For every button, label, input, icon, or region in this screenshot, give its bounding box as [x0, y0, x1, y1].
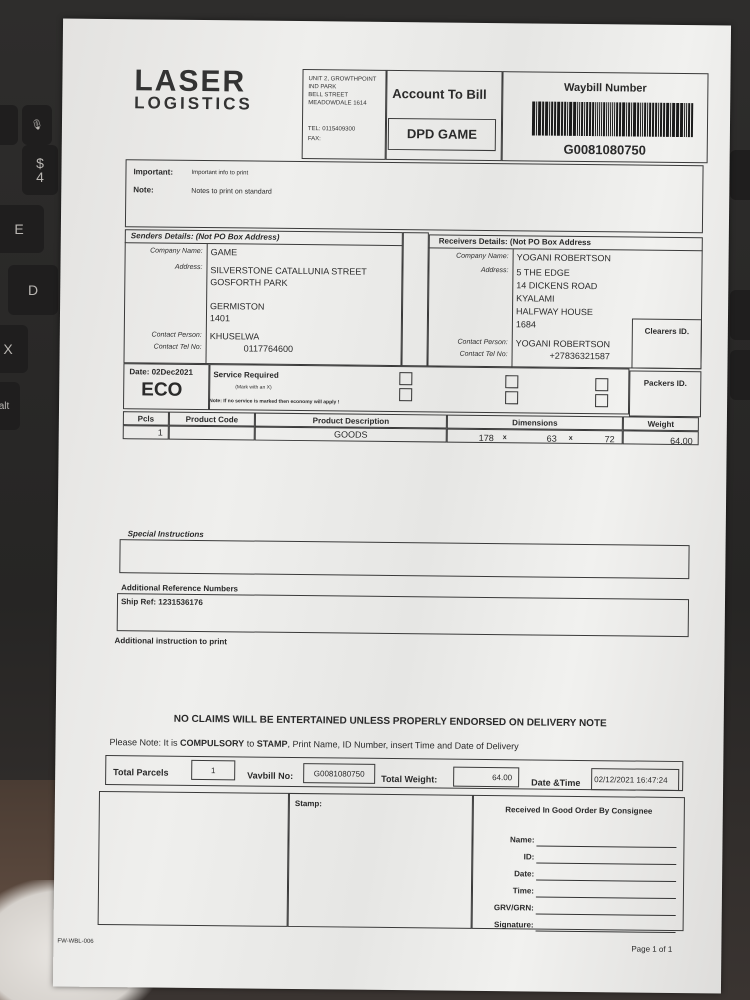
keyboard-key: [730, 290, 750, 340]
total-weight-label: Total Weight:: [381, 774, 437, 785]
sender-tel-label: Contact Tel No:: [124, 343, 202, 351]
consignee-field-label: Signature:: [472, 920, 534, 930]
service-checkbox[interactable]: [399, 372, 412, 385]
sender-address: SILVERSTONE CATALLUNIA STREET GOSFORTH P…: [210, 264, 367, 326]
note-label: Note:: [133, 185, 154, 194]
sender-company: GAME: [211, 247, 238, 257]
receiver-contact-label: Contact Person:: [428, 338, 508, 346]
keyboard-key-d: D: [8, 265, 58, 315]
account-value: DPD GAME: [388, 126, 496, 142]
spacer-column: [401, 232, 428, 366]
logo-laser: LASER: [134, 67, 246, 96]
service-checkbox[interactable]: [595, 378, 608, 391]
page-number: Page 1 of 1: [631, 945, 672, 954]
company-address: UNIT 2, GROWTHPOINT IND PARK BELL STREET…: [308, 75, 376, 108]
signature-blank-box: [98, 791, 289, 927]
waybill-document: LASER LOGISTICS UNIT 2, GROWTHPOINT IND …: [53, 19, 731, 994]
receiver-header: Receivers Details: (Not PO Box Address: [439, 236, 591, 247]
pcls-value: 1: [123, 427, 163, 437]
important-value: Important info to print: [191, 170, 248, 177]
table-header-3: Dimensions: [447, 418, 623, 429]
waybill-no-value: G0081080750: [303, 763, 375, 784]
waybill-number-label: Waybill Number: [502, 81, 708, 95]
table-cell: [447, 429, 623, 445]
waybill-no-label: Vavbill No:: [247, 770, 293, 780]
consignee-field-label: GRV/GRN:: [472, 903, 534, 913]
logo-logistics: LOGISTICS: [134, 93, 253, 114]
compulsory-note: Please Note: It is COMPULSORY to STAMP, …: [109, 737, 518, 751]
packers-id-box: [629, 370, 701, 417]
important-label: Important:: [133, 167, 173, 176]
service-type: ECO: [141, 379, 182, 401]
table-header-1: Product Code: [169, 415, 255, 425]
receiver-contact: YOGANI ROBERTSON: [516, 338, 610, 349]
datetime-label: Date &Time: [531, 777, 580, 788]
stamp-box: [288, 793, 473, 929]
packers-id-label: Packers ID.: [629, 378, 701, 388]
sender-contact-label: Contact Person:: [124, 331, 202, 339]
dim-height: 72: [605, 434, 615, 444]
stamp-label: Stamp:: [295, 799, 322, 808]
additional-ref-label: Additional Reference Numbers: [121, 583, 238, 593]
receiver-address: 5 THE EDGE 14 DICKENS ROAD KYALAMI HALFW…: [516, 266, 598, 332]
sender-address-label: Address:: [124, 263, 202, 271]
disclaimer: NO CLAIMS WILL BE ENTERTAINED UNLESS PRO…: [174, 714, 607, 730]
service-checkbox[interactable]: [505, 391, 518, 404]
service-checkbox[interactable]: [399, 388, 412, 401]
keyboard-key: [730, 150, 750, 200]
waybill-number: G0081080750: [502, 141, 708, 158]
consignee-field-line[interactable]: [536, 931, 676, 933]
receiver-tel-label: Contact Tel No:: [428, 350, 508, 358]
keyboard-key-x: X: [0, 325, 28, 373]
sender-tel: 0117764600: [244, 343, 293, 354]
keyboard-key-e: E: [0, 205, 44, 253]
consignee-field-label: Name:: [472, 835, 534, 845]
keyboard-key: [730, 350, 750, 400]
service-required-label: Service Required: [213, 370, 278, 380]
company-fax: FAX:: [308, 135, 321, 143]
mic-mute-key: 🎙: [22, 105, 52, 145]
total-parcels-label: Total Parcels: [113, 767, 168, 778]
company-tel: TEL: 0115409300: [308, 125, 355, 133]
total-parcels-value: 1: [191, 760, 235, 780]
consignee-field-label: ID:: [472, 852, 534, 862]
waybill-barcode: [532, 101, 694, 137]
service-checkbox[interactable]: [595, 394, 608, 407]
sender-contact: KHUSELWA: [210, 331, 260, 342]
keyboard-key-4: $4: [22, 145, 58, 195]
additional-instruction-label: Additional instruction to print: [115, 636, 228, 646]
account-to-bill-label: Account To Bill: [392, 86, 487, 102]
keyboard-key-alt: alt: [0, 382, 20, 430]
sender-company-label: Company Name:: [125, 247, 203, 255]
datetime-value: 02/12/2021 16:47:24: [591, 768, 679, 791]
dim-width: 63: [547, 434, 557, 444]
table-header-4: Weight: [623, 419, 699, 429]
receiver-tel: +27836321587: [550, 351, 610, 362]
dim-length: 178: [479, 433, 494, 443]
special-instructions-label: Special Instructions: [128, 529, 204, 539]
table-header-0: Pcls: [123, 414, 169, 423]
sender-header: Senders Details: (Not PO Box Address): [131, 231, 280, 242]
consignee-field-label: Date:: [472, 869, 534, 879]
consignee-field-label: Time:: [472, 886, 534, 896]
total-weight-value: 64.00: [453, 767, 519, 788]
description-value: GOODS: [255, 429, 447, 441]
table-cell: [169, 426, 255, 441]
clearers-id-label: Clearers ID.: [632, 327, 702, 337]
dim-sep: x: [503, 434, 507, 441]
keyboard-key: [0, 105, 18, 145]
note-value: Notes to print on standard: [191, 188, 272, 196]
special-instructions-field: [119, 539, 689, 579]
ship-ref-value: Ship Ref: 1231536176: [121, 597, 203, 607]
items-table: PclsProduct CodeProduct DescriptionDimen…: [123, 411, 723, 459]
weight-value: 64.00: [623, 435, 693, 446]
service-mark-hint: (Mark with an X): [235, 384, 271, 390]
service-checkbox[interactable]: [505, 375, 518, 388]
receiver-company: YOGANI ROBERTSON: [517, 252, 611, 263]
receiver-address-label: Address:: [428, 266, 508, 274]
receiver-company-label: Company Name:: [429, 252, 509, 260]
service-date: Date: 02Dec2021: [129, 367, 193, 377]
form-code: FW-WBL-006: [57, 939, 93, 945]
dim-sep: x: [569, 435, 573, 442]
